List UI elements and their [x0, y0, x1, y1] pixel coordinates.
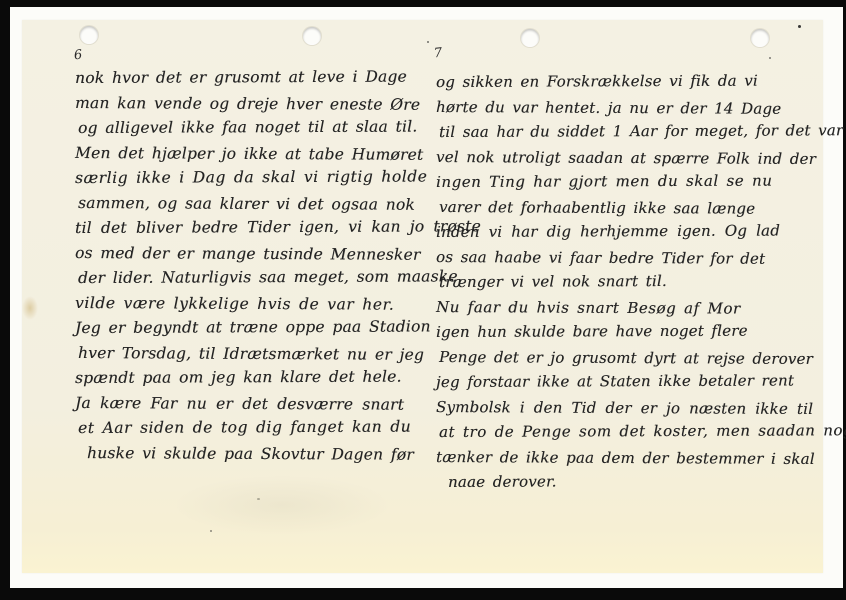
- scan-speck: [427, 41, 429, 43]
- handwriting-line: naae derover.: [436, 468, 828, 495]
- handwriting-line: særlig ikke i Dag da skal vi rigtig hold…: [75, 164, 431, 191]
- handwriting-line: et Aar siden de tog dig fanget kan du: [78, 414, 431, 441]
- handwriting-line: spændt paa om jeg kan klare det hele.: [75, 364, 431, 391]
- handwriting-line: til saa har du siddet 1 Aar for meget, f…: [439, 118, 828, 145]
- handwriting-line: inden vi har dig herhjemme igen. Og lad: [436, 218, 828, 245]
- handwriting-line: igen hun skulde bare have noget flere: [436, 318, 828, 345]
- left-page-text: nok hvor det er grusomt at leve i Dage m…: [75, 66, 431, 466]
- page-number-right: 7: [433, 46, 443, 62]
- right-page-text: og sikken en Forskrækkelse vi fik da vi …: [436, 70, 828, 495]
- handwriting-line: og alligevel ikke faa noget til at slaa …: [78, 114, 431, 141]
- scanned-letter-page: 6 7 nok hvor det er grusomt at leve i Da…: [0, 0, 846, 600]
- handwriting-line: Jeg er begyndt at træne oppe paa Stadion: [75, 314, 431, 341]
- punch-hole: [521, 29, 539, 47]
- handwriting-line: jeg forstaar ikke at Staten ikke betaler…: [436, 368, 828, 395]
- paper-smudge: [172, 475, 392, 535]
- scan-speck: [257, 498, 260, 500]
- punch-hole: [303, 27, 321, 45]
- page-number-left: 6: [73, 48, 83, 64]
- punch-hole: [80, 26, 98, 44]
- punch-hole: [751, 29, 769, 47]
- paper-sheet: 6 7 nok hvor det er grusomt at leve i Da…: [22, 20, 823, 573]
- handwriting-line: nok hvor det er grusomt at leve i Dage: [75, 64, 431, 91]
- paper-stain: [22, 296, 38, 320]
- scan-speck: [210, 530, 212, 532]
- handwriting-line: trænger vi vel nok snart til.: [439, 268, 828, 295]
- handwriting-line: og sikken en Forskrækkelse vi fik da vi: [436, 68, 828, 95]
- scan-speck: [798, 25, 801, 28]
- handwriting-line: til det bliver bedre Tider igen, vi kan …: [75, 214, 431, 241]
- handwriting-line: at tro de Penge som det koster, men saad…: [439, 418, 828, 445]
- scan-speck: [769, 57, 771, 59]
- handwriting-line: der lider. Naturligvis saa meget, som ma…: [78, 264, 431, 291]
- scan-frame: 6 7 nok hvor det er grusomt at leve i Da…: [0, 0, 846, 600]
- handwriting-line: huske vi skulde paa Skovtur Dagen før: [75, 441, 431, 468]
- handwriting-line: ingen Ting har gjort men du skal se nu: [436, 168, 828, 195]
